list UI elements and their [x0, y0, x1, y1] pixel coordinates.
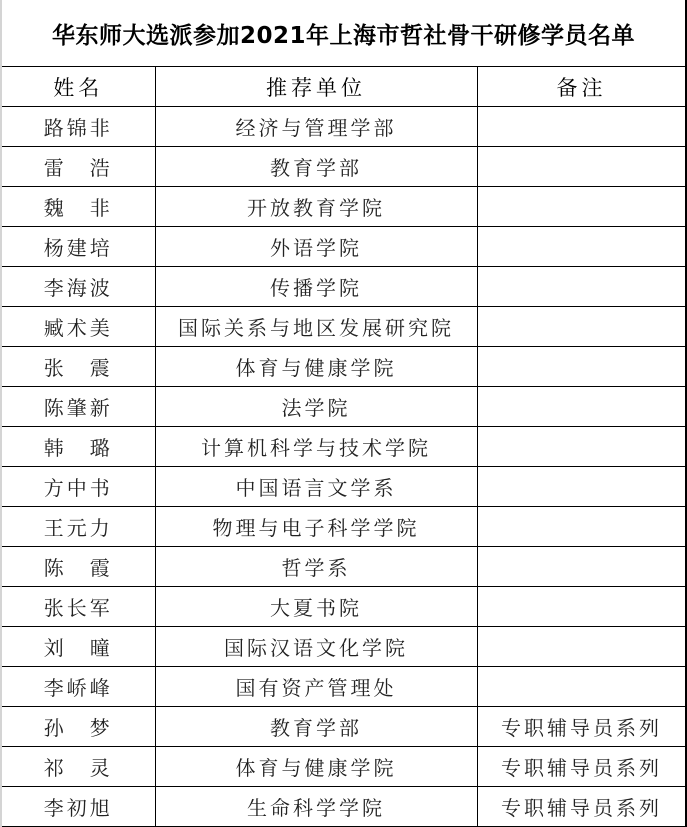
cell-name: 路锦非 — [2, 107, 155, 147]
cell-name: 韩 璐 — [2, 427, 155, 467]
cell-name: 李峤峰 — [2, 667, 155, 707]
cell-note — [477, 427, 686, 467]
cell-unit: 计算机科学与技术学院 — [155, 427, 477, 467]
cell-unit: 开放教育学院 — [155, 187, 477, 227]
cell-note — [477, 507, 686, 547]
cell-unit: 生命科学学院 — [155, 787, 477, 827]
cell-name: 祁 灵 — [2, 747, 155, 787]
cell-note — [477, 547, 686, 587]
table-row: 孙 梦教育学部专职辅导员系列 — [2, 707, 686, 747]
cell-name: 张 震 — [2, 347, 155, 387]
cell-unit: 大夏书院 — [155, 587, 477, 627]
table-header-row: 姓名 推荐单位 备注 — [2, 67, 686, 107]
cell-name: 张长军 — [2, 587, 155, 627]
cell-name: 孙 梦 — [2, 707, 155, 747]
table-row: 韩 璐计算机科学与技术学院 — [2, 427, 686, 467]
cell-name: 雷 浩 — [2, 147, 155, 187]
cell-unit: 国际汉语文化学院 — [155, 627, 477, 667]
cell-note — [477, 627, 686, 667]
table-row: 李海波传播学院 — [2, 267, 686, 307]
cell-name: 陈 霞 — [2, 547, 155, 587]
cell-note — [477, 107, 686, 147]
cell-unit: 经济与管理学部 — [155, 107, 477, 147]
table-row: 陈肇新法学院 — [2, 387, 686, 427]
header-name: 姓名 — [2, 67, 155, 107]
cell-name: 臧术美 — [2, 307, 155, 347]
table-row: 张 震体育与健康学院 — [2, 347, 686, 387]
cell-unit: 哲学系 — [155, 547, 477, 587]
cell-unit: 国际关系与地区发展研究院 — [155, 307, 477, 347]
header-note: 备注 — [477, 67, 686, 107]
cell-unit: 国有资产管理处 — [155, 667, 477, 707]
cell-note — [477, 147, 686, 187]
cell-unit: 中国语言文学系 — [155, 467, 477, 507]
cell-unit: 教育学部 — [155, 707, 477, 747]
cell-name: 方中书 — [2, 467, 155, 507]
cell-name: 刘 曈 — [2, 627, 155, 667]
cell-note — [477, 587, 686, 627]
table-row: 张长军大夏书院 — [2, 587, 686, 627]
table-row: 臧术美国际关系与地区发展研究院 — [2, 307, 686, 347]
table-row: 李初旭生命科学学院专职辅导员系列 — [2, 787, 686, 827]
table-row: 杨建培外语学院 — [2, 227, 686, 267]
cell-note — [477, 347, 686, 387]
table-row: 雷 浩教育学部 — [2, 147, 686, 187]
cell-unit: 法学院 — [155, 387, 477, 427]
cell-note — [477, 307, 686, 347]
table-row: 王元力物理与电子科学学院 — [2, 507, 686, 547]
cell-name: 陈肇新 — [2, 387, 155, 427]
table-row: 路锦非经济与管理学部 — [2, 107, 686, 147]
cell-note: 专职辅导员系列 — [477, 707, 686, 747]
document-title: 华东师大选派参加2021年上海市哲社骨干研修学员名单 — [2, 0, 685, 66]
table-row: 刘 曈国际汉语文化学院 — [2, 627, 686, 667]
cell-note: 专职辅导员系列 — [477, 747, 686, 787]
table-row: 陈 霞哲学系 — [2, 547, 686, 587]
cell-name: 李海波 — [2, 267, 155, 307]
table-row: 祁 灵体育与健康学院专职辅导员系列 — [2, 747, 686, 787]
cell-unit: 教育学部 — [155, 147, 477, 187]
cell-unit: 传播学院 — [155, 267, 477, 307]
cell-note: 专职辅导员系列 — [477, 787, 686, 827]
cell-note — [477, 387, 686, 427]
table-row: 方中书中国语言文学系 — [2, 467, 686, 507]
cell-name: 王元力 — [2, 507, 155, 547]
cell-name: 魏 非 — [2, 187, 155, 227]
cell-unit: 物理与电子科学学院 — [155, 507, 477, 547]
table-row: 李峤峰国有资产管理处 — [2, 667, 686, 707]
cell-name: 李初旭 — [2, 787, 155, 827]
cell-unit: 外语学院 — [155, 227, 477, 267]
table-row: 魏 非开放教育学院 — [2, 187, 686, 227]
cell-note — [477, 667, 686, 707]
cell-note — [477, 267, 686, 307]
cell-note — [477, 467, 686, 507]
cell-unit: 体育与健康学院 — [155, 747, 477, 787]
cell-name: 杨建培 — [2, 227, 155, 267]
header-unit: 推荐单位 — [155, 67, 477, 107]
cell-note — [477, 187, 686, 227]
cell-unit: 体育与健康学院 — [155, 347, 477, 387]
roster-sheet: 华东师大选派参加2021年上海市哲社骨干研修学员名单 姓名 推荐单位 备注 路锦… — [0, 0, 687, 827]
roster-table: 姓名 推荐单位 备注 路锦非经济与管理学部雷 浩教育学部魏 非开放教育学院杨建培… — [2, 66, 687, 827]
cell-note — [477, 227, 686, 267]
